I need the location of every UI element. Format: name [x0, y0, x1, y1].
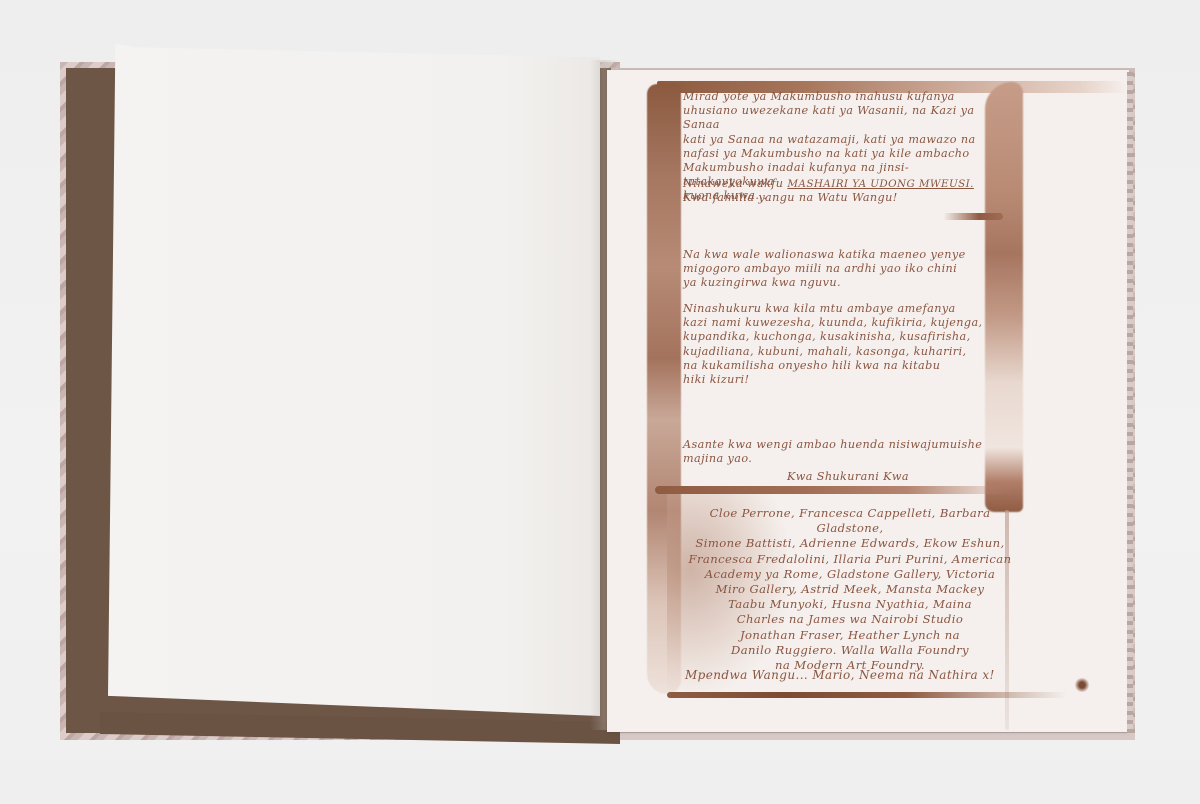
- handwritten-thanks-unnamed: Asante kwa wengi ambao huenda nisiwajumu…: [683, 438, 993, 466]
- show-through-text: [148, 334, 448, 454]
- book-title-underlined: Mashairi ya Udong Mweusi.: [787, 178, 974, 190]
- left-page-blank: [108, 44, 600, 716]
- handwritten-names-list: Cloe Perrone, Francesca Cappelleti, Barb…: [685, 506, 1015, 673]
- dedication-prefix: Ninaweka wakfu: [683, 177, 787, 190]
- handwritten-thanks: Ninashukuru kwa kila mtu ambaye amefanya…: [683, 302, 993, 387]
- right-page: Mirad yote ya Makumbusho inahusu kufanya…: [607, 70, 1129, 732]
- book-photo: Mirad yote ya Makumbusho inahusu kufanya…: [0, 0, 1200, 804]
- page-block-edge: [1127, 72, 1133, 734]
- watercolor-branch: [943, 213, 1003, 220]
- handwritten-conflict-dedication: Na kwa wale walionaswa katika maeneo yen…: [683, 248, 993, 291]
- handwritten-closing: Mpendwa Wangu... Mario, Neema na Nathira…: [685, 668, 1025, 682]
- ink-blot: [1075, 678, 1089, 692]
- watercolor-frame-bottom: [667, 692, 1067, 698]
- watercolor-divider: [655, 486, 1015, 494]
- handwritten-signoff: Kwa Shukurani Kwa: [787, 470, 987, 484]
- dedication-family: Kwa familia yangu na Watu Wangu!: [683, 191, 898, 204]
- handwritten-dedication: Ninaweka wakfu Mashairi ya Udong Mweusi.…: [683, 177, 993, 205]
